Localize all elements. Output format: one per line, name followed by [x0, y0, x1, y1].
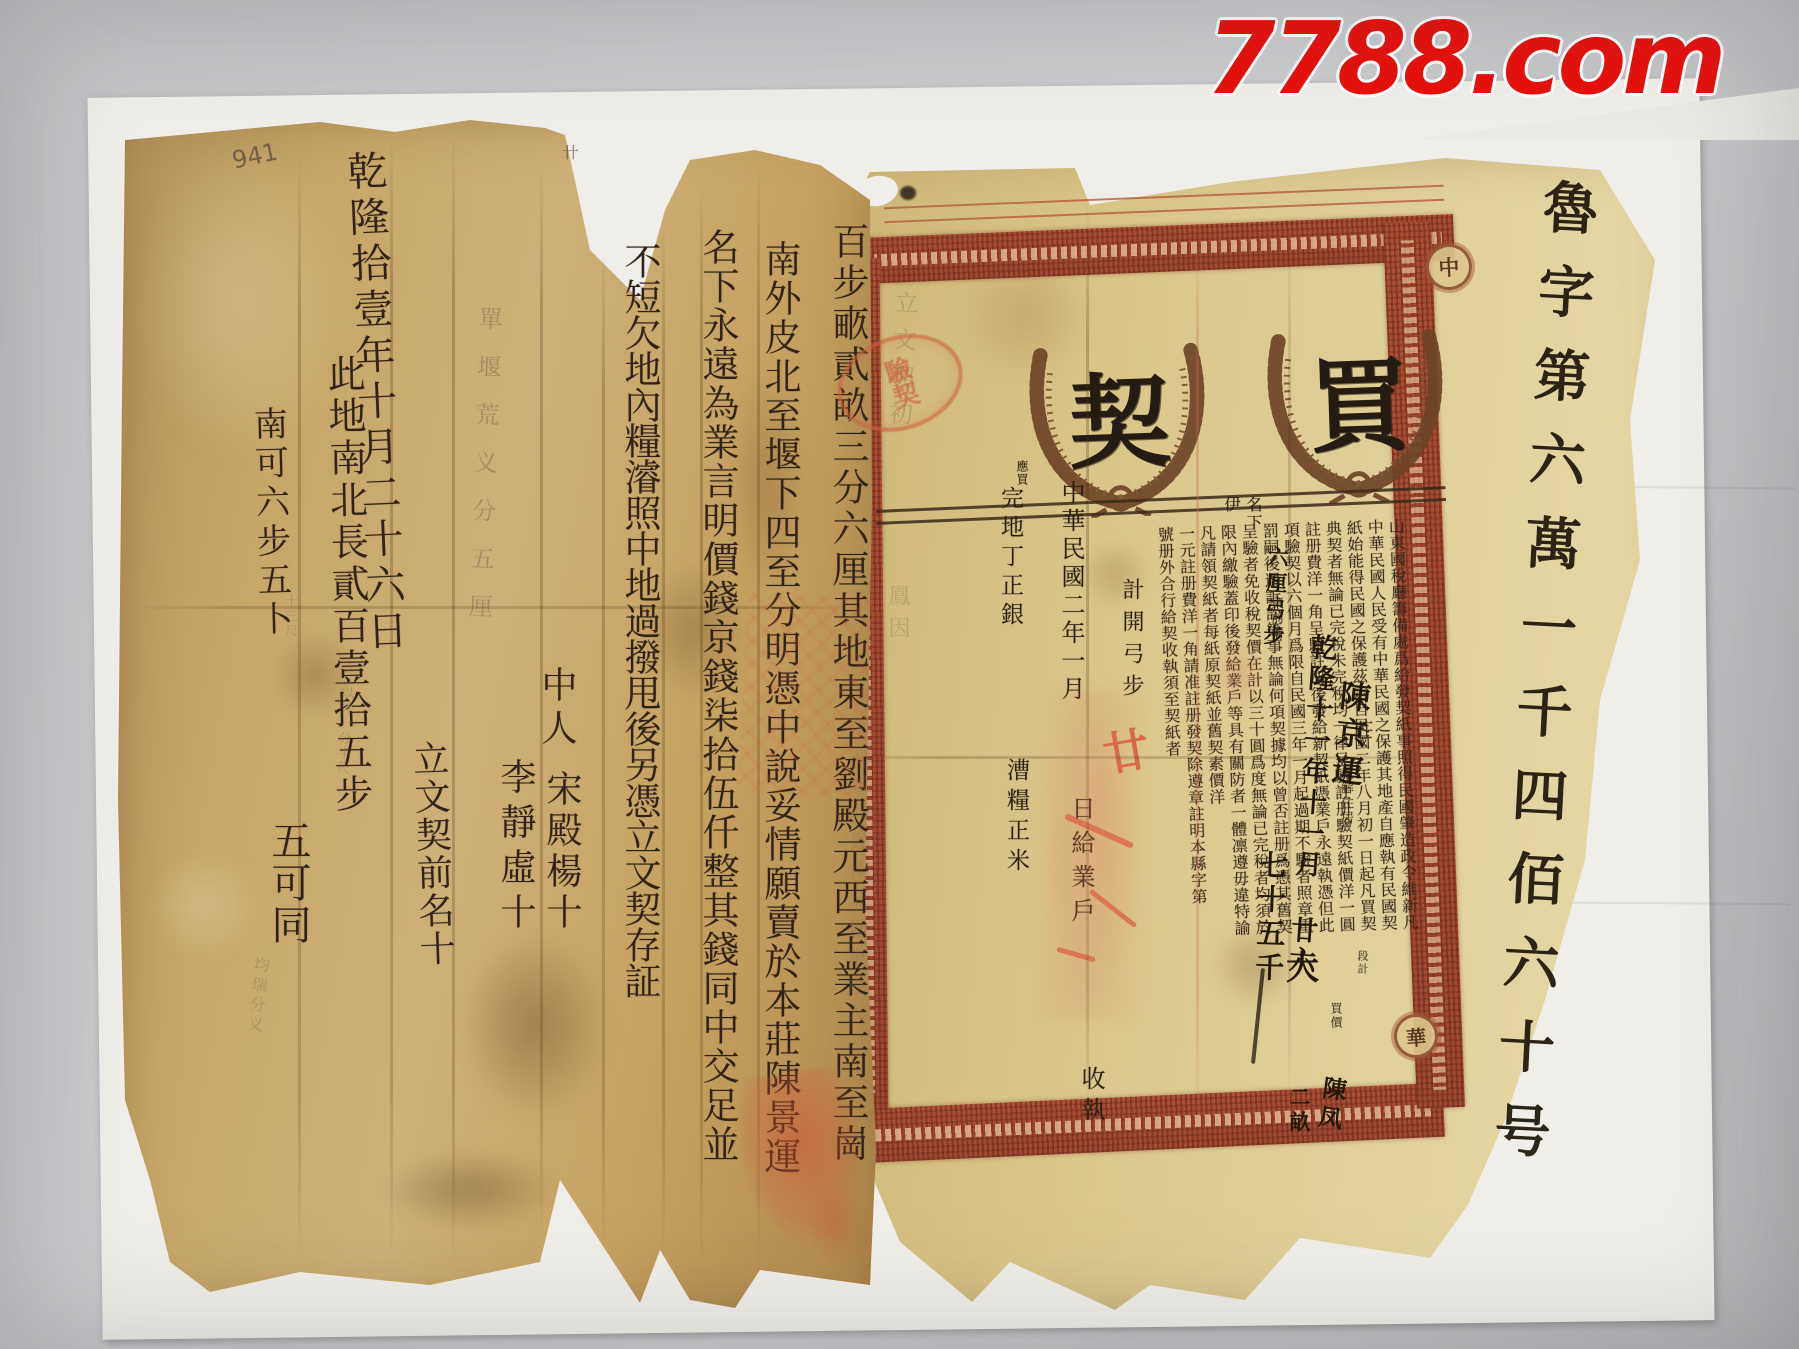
form-label: 計開弓步	[1116, 578, 1147, 706]
form-label: 買價	[1328, 1002, 1345, 1030]
manuscript-column: 中人	[531, 666, 582, 752]
faint-pencil-column: 十三尺	[280, 594, 299, 639]
fold-crease	[1196, 230, 1199, 1130]
website-watermark: 7788.com	[1206, 0, 1723, 117]
manuscript-column: 不短欠地內糧濬照中地過撥甩後另憑立文契存証	[612, 242, 666, 998]
manuscript-column: 名下永遠為業言明價錢京錢柒拾伍仟整其錢同中交足並	[690, 228, 744, 1164]
fold-crease	[452, 130, 455, 1270]
ink-blot	[900, 186, 916, 200]
form-label: 名下	[1242, 496, 1265, 532]
seal-text: 驗契	[874, 353, 925, 414]
faint-pencil-column: 鳳因	[882, 584, 913, 648]
faint-red-lattice-stamp	[737, 593, 877, 800]
fold-crease	[1288, 220, 1291, 1110]
manuscript-column: 宋殿楊十	[536, 770, 587, 934]
form-label: 伊	[1220, 496, 1243, 514]
fold-crease	[602, 250, 605, 1260]
medallion-char: 中	[1438, 251, 1461, 282]
manuscript-column: 立文契前名十	[402, 739, 461, 969]
form-label: 段計	[1354, 950, 1370, 976]
red-ink-spot	[1208, 636, 1268, 712]
manuscript-column: 李靜虛十	[490, 758, 541, 938]
form-label: 中華民國二年一月	[1054, 480, 1089, 704]
handwritten-entry: 大	[1277, 950, 1324, 983]
frame-band-motif	[874, 232, 1442, 266]
fold-crease	[298, 150, 301, 1260]
form-label: 應買	[1014, 460, 1031, 486]
deed-title-char-mai: 買	[1305, 324, 1412, 473]
form-label: 完地丁正銀	[994, 486, 1027, 631]
form-label: 收執	[1074, 1066, 1109, 1128]
form-label: 漕糧正米	[1000, 758, 1033, 878]
deed-title-char-qi: 契	[1065, 340, 1172, 489]
tiny-ink-mark: 卄	[558, 144, 581, 160]
red-ink-smear	[1040, 690, 1150, 1020]
photo-of-old-chinese-deed: 中 華 契 買 山東國稅廳籌備處爲給發契紙事照得民國肇造政令維新凡中華民國人民受…	[0, 0, 1799, 1349]
red-seal-smudge	[806, 1186, 866, 1266]
manuscript-column: 五可同	[260, 820, 317, 946]
frame-band-motif	[868, 1104, 1433, 1143]
